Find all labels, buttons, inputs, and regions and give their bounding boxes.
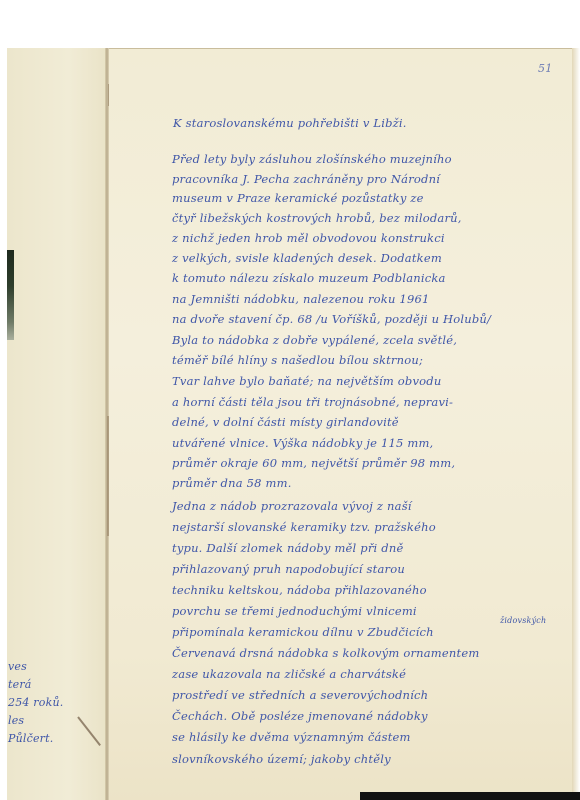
text-line: slovníkovského území; jakoby chtěly	[172, 752, 391, 766]
text-line: připomínala keramickou dílnu v Zbudčicíc…	[172, 625, 434, 639]
text-line: utvářené vlnice. Výška nádobky je 115 mm…	[172, 436, 433, 450]
scan-border	[360, 792, 580, 800]
text-line: zase ukazovala na zličské a charvátské	[172, 667, 406, 681]
text-line: Byla to nádobka z dobře vypálené, zcela …	[172, 333, 457, 347]
text-line: museum v Praze keramické pozůstatky ze	[172, 191, 424, 205]
text-line: Červenavá drsná nádobka s kolkovým ornam…	[172, 646, 479, 660]
text-line: delné, v dolní části místy girlandovitě	[172, 415, 399, 429]
text-line: téměř bílé hlíny s našedlou bílou sktrno…	[172, 353, 423, 367]
margin-note: terá	[8, 678, 32, 691]
text-line: průměr okraje 60 mm, největší průměr 98 …	[172, 456, 455, 470]
text-line: a horní části těla jsou tři trojnásobné,…	[172, 395, 453, 409]
text-line: nejstarší slovanské keramiky tzv. pražsk…	[172, 520, 436, 534]
text-line: Před lety byly zásluhou zlošínského muze…	[172, 152, 452, 166]
text-line: čtyř libežských kostrových hrobů, bez mi…	[172, 211, 462, 225]
text-line: na dvoře stavení čp. 68 /u Voříšků, pozd…	[172, 312, 491, 326]
text-line: přihlazovaný pruh napodobující starou	[172, 562, 405, 576]
text-line: prostředí ve středních a severovýchodníc…	[172, 688, 428, 702]
document-heading: K staroslovanskému pohřebišti v Libži.	[173, 116, 407, 130]
text-line: průměr dna 58 mm.	[172, 476, 292, 490]
margin-note: ves	[8, 660, 27, 673]
text-line: Čechách. Obě posléze jmenované nádobky	[172, 709, 428, 723]
scanned-manuscript: 51 K staroslovanskému pohřebišti v Libži…	[0, 0, 580, 800]
interlinear-note: židovských	[500, 616, 546, 625]
text-line: typu. Další zlomek nádoby měl při dně	[172, 541, 403, 555]
text-line: povrchu se třemi jednoduchými vlnicemi	[172, 604, 417, 618]
text-line: Jedna z nádob prozrazovala vývoj z naší	[172, 499, 412, 513]
text-line: z nichž jeden hrob měl obvodovou konstru…	[172, 231, 445, 245]
photo-edge	[7, 250, 14, 340]
text-line: k tomuto nálezu získalo muzeum Podblanic…	[172, 271, 446, 285]
page-edge	[572, 48, 580, 800]
text-line: na Jemništi nádobku, nalezenou roku 1961	[172, 292, 430, 306]
margin-note: les	[8, 714, 24, 727]
text-line: techniku keltskou, nádoba přihlazovaného	[172, 583, 427, 597]
margin-note: Půlčert.	[8, 732, 53, 745]
margin-note: 254 roků.	[8, 696, 63, 709]
text-line: Tvar lahve bylo baňaté; na největším obv…	[172, 374, 441, 388]
page-number: 51	[538, 62, 552, 75]
text-line: pracovníka J. Pecha zachráněny pro Národ…	[172, 172, 440, 186]
text-line: se hlásily ke dvěma významným částem	[172, 730, 411, 744]
text-line: z velkých, svisle kladených desek. Dodat…	[172, 251, 442, 265]
